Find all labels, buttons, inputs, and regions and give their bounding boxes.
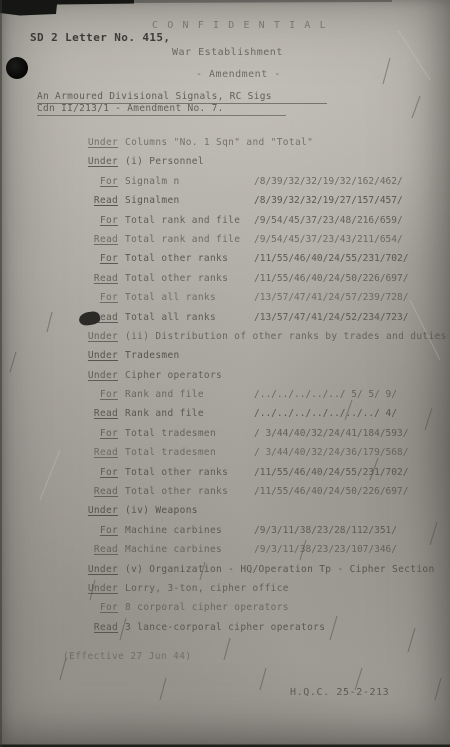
- row-values: /11/55/46/40/24/50/226/697/: [254, 273, 408, 284]
- row-values: /11/55/46/40/24/55/231/702/: [254, 467, 408, 478]
- amendment-row: ForTotal other ranks/11/55/46/40/24/55/2…: [70, 253, 448, 272]
- row-keyword: For: [70, 176, 118, 187]
- amendment-row: ForTotal other ranks/11/55/46/40/24/55/2…: [70, 467, 448, 486]
- row-keyword: Read: [70, 408, 118, 419]
- row-keyword: For: [70, 525, 118, 536]
- row-keyword: Read: [70, 486, 118, 497]
- amendment-rows: UnderColumns "No. 1 Sqn" and "Total"Unde…: [70, 137, 448, 641]
- row-values: /../../../../../ 5/ 5/ 9/: [254, 389, 397, 400]
- row-keyword: Read: [70, 195, 118, 206]
- row-description: Total other ranks: [125, 467, 228, 478]
- row-keyword: For: [70, 602, 118, 613]
- letter-number: SD 2 Letter No. 415,: [30, 31, 170, 44]
- amendment-row: ForTotal rank and file/9/54/45/37/23/48/…: [70, 215, 448, 234]
- row-keyword: Under: [70, 505, 118, 516]
- row-description: Rank and file: [125, 408, 204, 419]
- amendment-row: UnderTradesmen: [70, 350, 448, 369]
- amendment-row: Under(i) Personnel: [70, 156, 448, 175]
- scan-edge-left: [0, 0, 2, 747]
- row-keyword: Under: [70, 370, 118, 381]
- amendment-row: Read3 lance-corporal cipher operators: [70, 622, 448, 641]
- row-keyword: Read: [70, 622, 118, 633]
- row-keyword: For: [70, 389, 118, 400]
- amendment-row: ForRank and file/../../../../../ 5/ 5/ 9…: [70, 389, 448, 408]
- amendment-row: ReadMachine carbines/9/3/11/38/23/23/107…: [70, 544, 448, 563]
- row-description: Machine carbines: [125, 544, 222, 555]
- row-description: 8 corporal cipher operators: [125, 602, 289, 613]
- file-reference: H.Q.C. 25-2-213: [290, 687, 389, 698]
- row-description: Total other ranks: [125, 253, 228, 264]
- amendment-row: For8 corporal cipher operators: [70, 602, 448, 621]
- row-keyword: Under: [70, 564, 118, 575]
- amendment-row: UnderColumns "No. 1 Sqn" and "Total": [70, 137, 448, 156]
- torn-edge-top-left: [0, 0, 134, 16]
- row-keyword: For: [70, 215, 118, 226]
- amendment-row: ForTotal tradesmen/ 3/44/40/32/24/41/184…: [70, 428, 448, 447]
- row-keyword: Under: [70, 137, 118, 148]
- row-keyword: For: [70, 428, 118, 439]
- row-values: / 3/44/40/32/24/36/179/568/: [254, 447, 408, 458]
- row-keyword: For: [70, 292, 118, 303]
- row-description: Total other ranks: [125, 273, 228, 284]
- row-values: /9/54/45/37/23/43/211/654/: [254, 234, 403, 245]
- scanned-document-page: C O N F I D E N T I A L SD 2 Letter No. …: [0, 0, 450, 747]
- amendment-row: ForMachine carbines/9/3/11/38/23/28/112/…: [70, 525, 448, 544]
- row-keyword: For: [70, 467, 118, 478]
- amendment-row: ReadRank and file/../../../../../../../ …: [70, 408, 448, 427]
- row-keyword: Read: [70, 273, 118, 284]
- row-keyword: Under: [70, 331, 118, 342]
- row-values: /8/39/32/32/19/27/157/457/: [254, 195, 403, 206]
- row-description: Lorry, 3-ton, cipher office: [125, 583, 289, 594]
- row-description: (ii) Distribution of other ranks by trad…: [125, 331, 447, 342]
- row-description: Total tradesmen: [125, 447, 216, 458]
- amendment-row: ReadTotal all ranks/13/57/47/41/24/52/23…: [70, 312, 448, 331]
- scan-edge-top: [134, 0, 392, 3]
- row-description: Rank and file: [125, 389, 204, 400]
- row-keyword: Read: [70, 544, 118, 555]
- amendment-row: UnderLorry, 3-ton, cipher office: [70, 583, 448, 602]
- amendment-row: Under(ii) Distribution of other ranks by…: [70, 331, 448, 350]
- row-keyword: Under: [70, 350, 118, 361]
- row-keyword: Read: [70, 447, 118, 458]
- heading-war-establishment: War Establishment: [172, 47, 283, 58]
- row-keyword: Read: [70, 234, 118, 245]
- amendment-row: ReadTotal other ranks/11/55/46/40/24/50/…: [70, 486, 448, 505]
- row-values: /13/57/47/41/24/52/234/723/: [254, 312, 408, 323]
- row-keyword: For: [70, 253, 118, 264]
- amendment-row: ReadTotal rank and file/9/54/45/37/23/43…: [70, 234, 448, 253]
- row-values: /../../../../../../../ 4/: [254, 408, 397, 419]
- effective-date-note: (Effective 27 Jun 44): [63, 651, 192, 662]
- amendment-row: ReadSignalmen/8/39/32/32/19/27/157/457/: [70, 195, 448, 214]
- row-values: /8/39/32/32/19/32/162/462/: [254, 176, 403, 187]
- row-description: (iv) Weapons: [125, 505, 198, 516]
- row-values: /11/55/46/40/24/55/231/702/: [254, 253, 408, 264]
- row-description: Total rank and file: [125, 234, 240, 245]
- row-values: /13/57/47/41/24/57/239/728/: [254, 292, 408, 303]
- row-values: /9/3/11/38/23/23/107/346/: [254, 544, 397, 555]
- row-values: /9/54/45/37/23/48/216/659/: [254, 215, 403, 226]
- hole-punch: [6, 57, 28, 79]
- heading-amendment: - Amendment -: [196, 69, 281, 80]
- amendment-row: UnderCipher operators: [70, 370, 448, 389]
- row-values: /11/55/46/40/24/50/226/697/: [254, 486, 408, 497]
- row-description: Signalm n: [125, 176, 180, 187]
- document-title-line2: Cdn II/213/1 - Amendment No. 7.: [37, 103, 286, 116]
- classification-header: C O N F I D E N T I A L: [152, 20, 327, 31]
- row-description: (i) Personnel: [125, 156, 204, 167]
- amendment-row: ReadTotal other ranks/11/55/46/40/24/50/…: [70, 273, 448, 292]
- row-values: /9/3/11/38/23/28/112/351/: [254, 525, 397, 536]
- row-description: Total all ranks: [125, 292, 216, 303]
- amendment-row: ForSignalm n/8/39/32/32/19/32/162/462/: [70, 176, 448, 195]
- row-description: Tradesmen: [125, 350, 180, 361]
- amendment-row: ReadTotal tradesmen/ 3/44/40/32/24/36/17…: [70, 447, 448, 466]
- row-values: / 3/44/40/32/24/41/184/593/: [254, 428, 408, 439]
- row-description: Columns "No. 1 Sqn" and "Total": [125, 137, 313, 148]
- row-description: Total all ranks: [125, 312, 216, 323]
- row-description: Machine carbines: [125, 525, 222, 536]
- row-keyword: Under: [70, 583, 118, 594]
- row-description: Total other ranks: [125, 486, 228, 497]
- row-description: Total tradesmen: [125, 428, 216, 439]
- amendment-row: ForTotal all ranks/13/57/47/41/24/57/239…: [70, 292, 448, 311]
- row-keyword: Under: [70, 156, 118, 167]
- row-description: Total rank and file: [125, 215, 240, 226]
- amendment-row: Under(iv) Weapons: [70, 505, 448, 524]
- row-description: (v) Organization - HQ/Operation Tp - Cip…: [125, 564, 435, 575]
- amendment-row: Under(v) Organization - HQ/Operation Tp …: [70, 564, 448, 583]
- row-description: Cipher operators: [125, 370, 222, 381]
- row-description: Signalmen: [125, 195, 180, 206]
- row-description: 3 lance-corporal cipher operators: [125, 622, 325, 633]
